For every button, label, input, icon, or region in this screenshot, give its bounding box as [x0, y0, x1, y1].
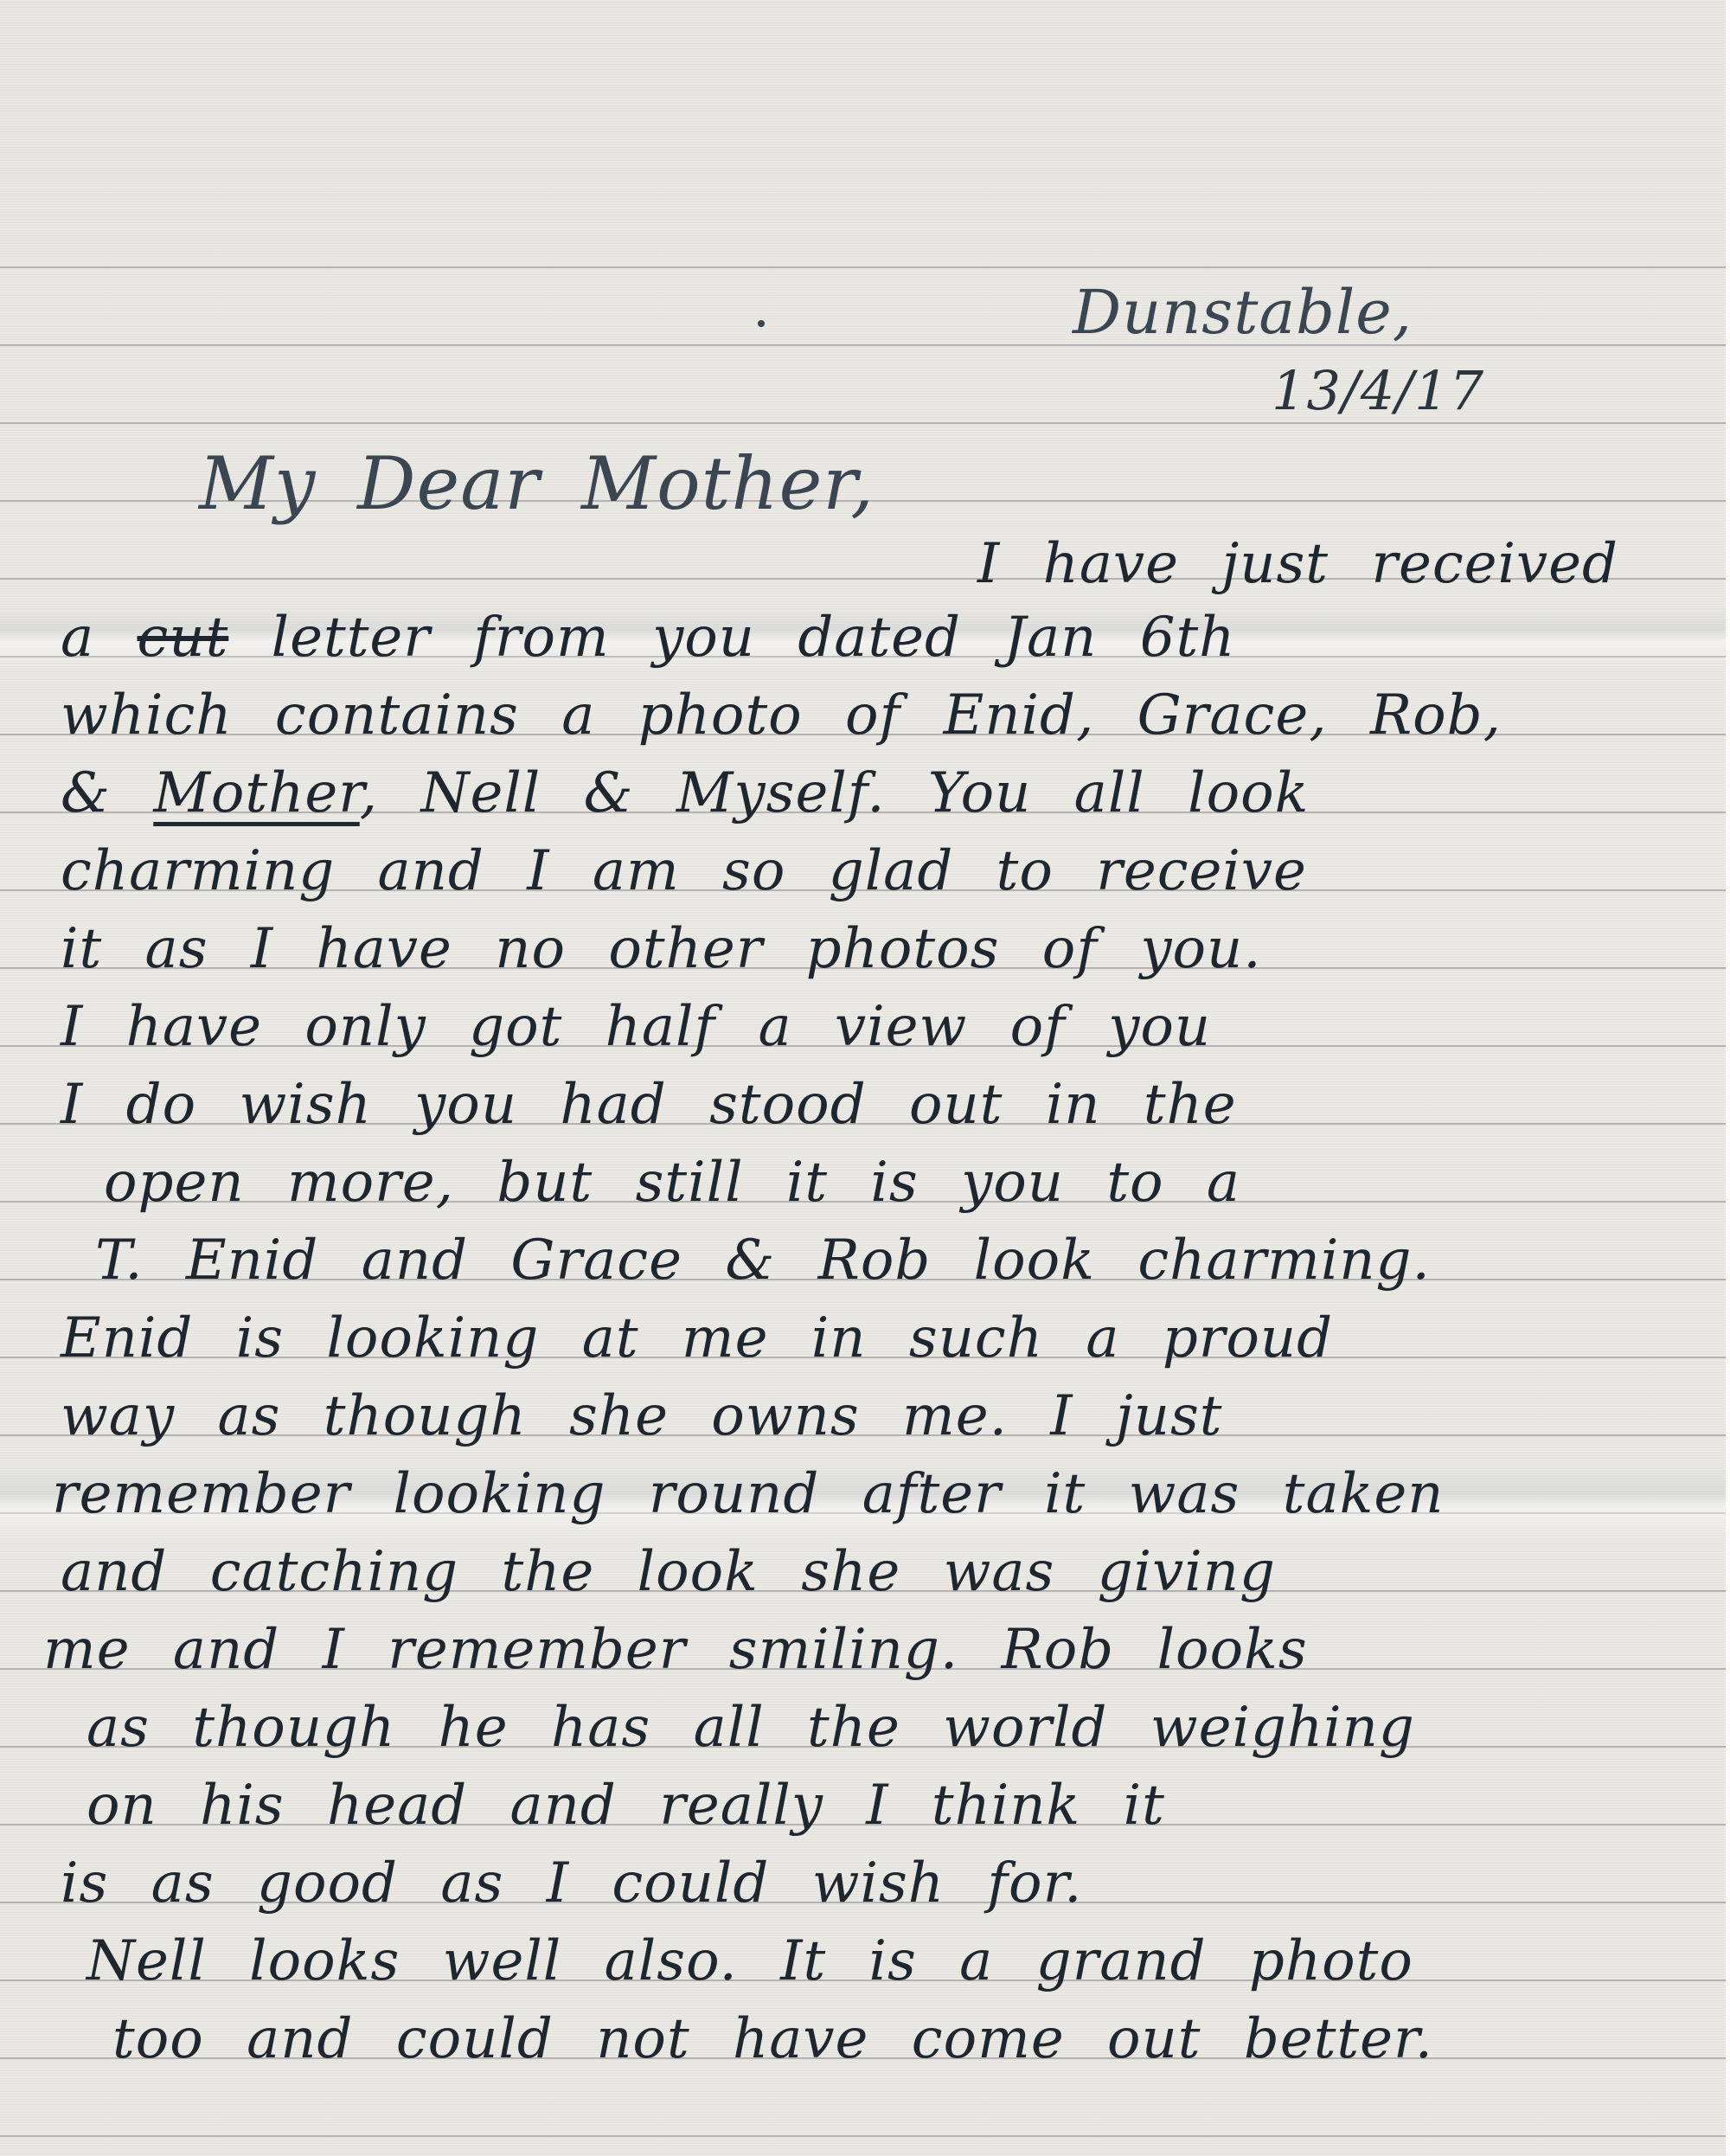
- line-text: I do wish you had stood out in the: [61, 1073, 1237, 1137]
- line-text: which contains a photo of Enid, Grace, R…: [61, 683, 1502, 748]
- line-text: on his head and really I think it: [86, 1774, 1165, 1838]
- line-text: charming and I am so glad to receive: [61, 839, 1307, 903]
- letter-line: on his head and really I think it: [86, 1774, 1165, 1838]
- letter-place: Dunstable,: [1073, 277, 1413, 348]
- letter-line: too and could not have come out better.: [112, 2007, 1433, 2071]
- letter-date: 13/4/17: [1272, 359, 1484, 422]
- line-text: me and I remember smiling. Rob looks: [43, 1618, 1308, 1682]
- line-text: as though he has all the world weighing: [86, 1696, 1415, 1760]
- line-text: T. Enid and Grace & Rob look charming.: [95, 1229, 1431, 1293]
- ink-dot: [758, 320, 765, 327]
- letter-line: I do wish you had stood out in the: [61, 1073, 1237, 1137]
- letter-line: way as though she owns me. I just: [61, 1384, 1223, 1448]
- line-text: too and could not have come out better.: [112, 2007, 1433, 2071]
- line-text: and catching the look she was giving: [61, 1540, 1276, 1604]
- letter-line: is as good as I could wish for.: [61, 1851, 1082, 1915]
- line-text: I have only got half a view of you: [61, 995, 1211, 1059]
- letter-line: T. Enid and Grace & Rob look charming.: [95, 1229, 1431, 1293]
- line-prefix: &: [61, 761, 153, 825]
- line-text: , Nell & Myself. You all look: [360, 761, 1310, 825]
- letter-line: remember looking round after it was take…: [52, 1462, 1444, 1526]
- line-prefix: a: [61, 606, 138, 670]
- letter-page: Dunstable, 13/4/17 My Dear Mother, I hav…: [0, 0, 1730, 2156]
- line-text: letter from you dated Jan 6th: [228, 606, 1235, 670]
- letter-line: Nell looks well also. It is a grand phot…: [86, 1929, 1413, 1993]
- line-text: remember looking round after it was take…: [52, 1462, 1444, 1526]
- ruled-line: [0, 422, 1726, 424]
- letter-salutation: My Dear Mother,: [199, 441, 875, 526]
- underlined-word: Mother: [153, 761, 359, 825]
- letter-line: Enid is looking at me in such a proud: [61, 1306, 1333, 1370]
- line-text: Nell looks well also. It is a grand phot…: [86, 1929, 1413, 1993]
- letter-line: and catching the look she was giving: [61, 1540, 1276, 1604]
- ruled-line: [0, 2135, 1726, 2137]
- line-text: it as I have no other photos of you.: [61, 917, 1262, 981]
- paper-edge: [1726, 0, 1730, 2156]
- line-text: I have just received: [977, 532, 1618, 596]
- line-text: way as though she owns me. I just: [61, 1384, 1223, 1448]
- ruled-line: [0, 266, 1726, 268]
- letter-line: open more, but still it is you to a: [104, 1151, 1240, 1215]
- letter-line: which contains a photo of Enid, Grace, R…: [61, 683, 1502, 748]
- letter-line: it as I have no other photos of you.: [61, 917, 1262, 981]
- struck-word: cut: [138, 606, 229, 670]
- letter-line: I have only got half a view of you: [61, 995, 1211, 1059]
- letter-line: I have just received: [977, 532, 1618, 596]
- line-text: open more, but still it is you to a: [104, 1151, 1240, 1215]
- letter-line: as though he has all the world weighing: [86, 1696, 1415, 1760]
- letter-line: a cut letter from you dated Jan 6th: [61, 606, 1235, 670]
- letter-line: charming and I am so glad to receive: [61, 839, 1307, 903]
- ruled-line: [0, 344, 1726, 346]
- line-text: Enid is looking at me in such a proud: [61, 1306, 1333, 1370]
- letter-line: & Mother, Nell & Myself. You all look: [61, 761, 1309, 825]
- line-text: is as good as I could wish for.: [61, 1851, 1082, 1915]
- letter-line: me and I remember smiling. Rob looks: [43, 1618, 1308, 1682]
